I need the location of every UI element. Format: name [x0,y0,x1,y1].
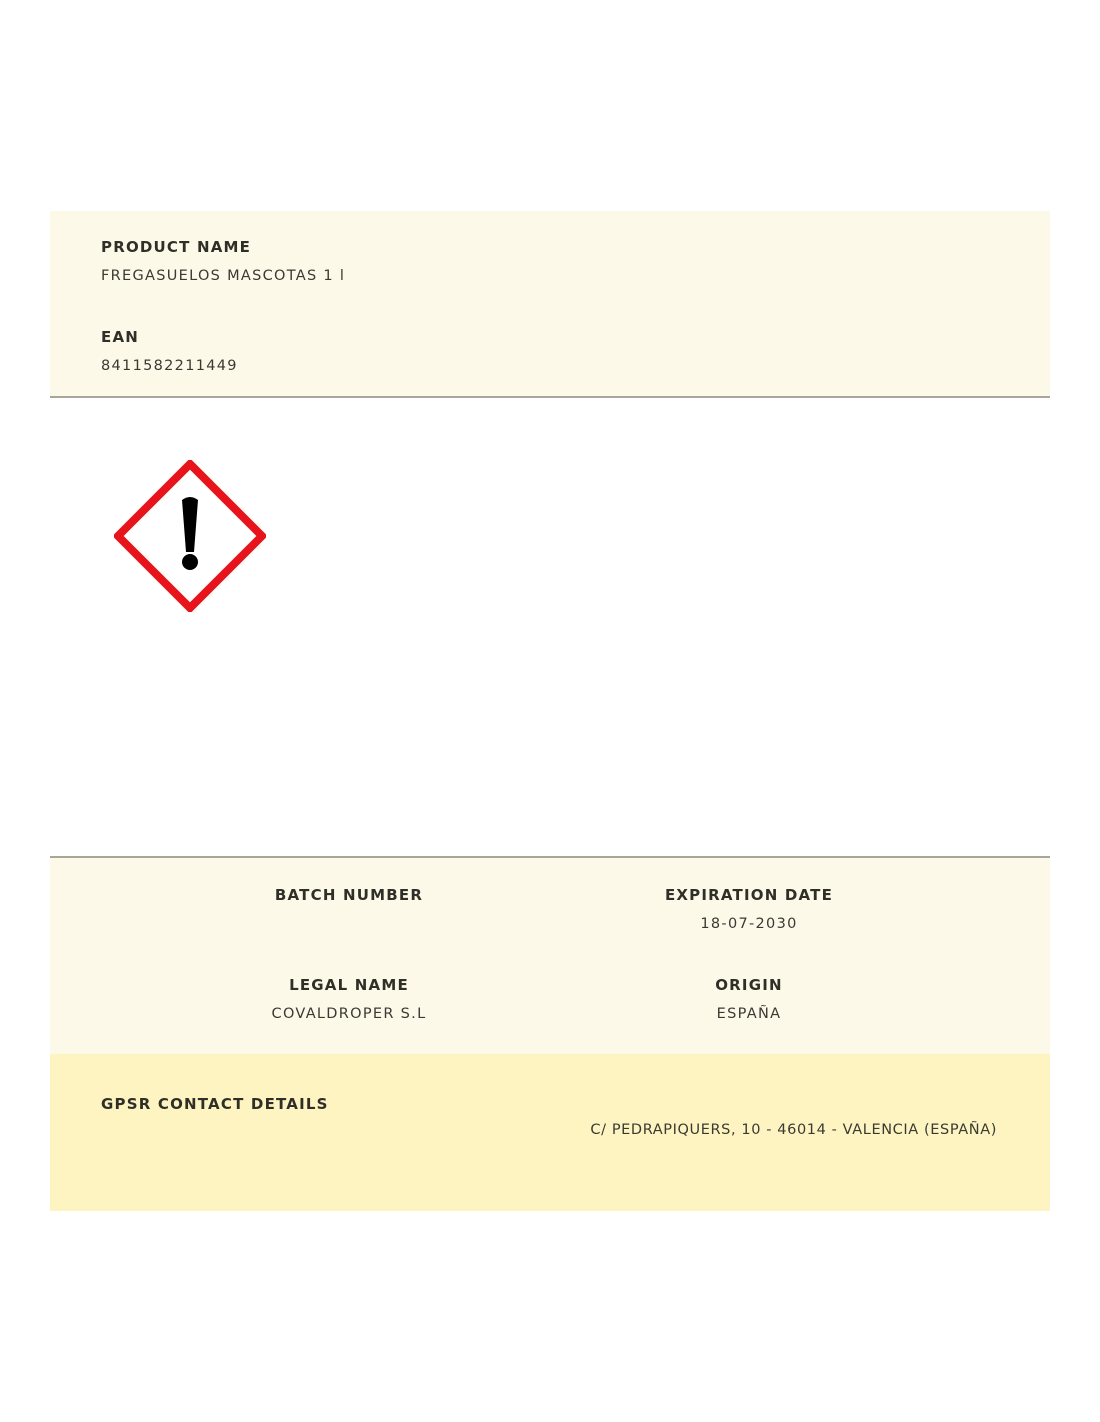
origin-label: ORIGIN [715,976,783,994]
legal-name-label: LEGAL NAME [289,976,409,994]
product-info-panel: PRODUCT NAME FREGASUELOS MASCOTAS 1 l EA… [50,211,1050,398]
legal-name-value: COVALDROPER S.L [272,1006,427,1022]
ean-value: 8411582211449 [101,358,238,374]
expiration-date-label: EXPIRATION DATE [665,886,833,904]
batch-details-panel: BATCH NUMBER EXPIRATION DATE 18-07-2030 … [50,856,1050,1056]
ean-label: EAN [101,328,139,346]
gpsr-contact-address: C/ PEDRAPIQUERS, 10 - 46014 - VALENCIA (… [590,1122,997,1138]
ghs-exclamation-mark-icon [114,460,266,612]
origin-value: ESPAÑA [717,1006,782,1022]
gpsr-contact-label: GPSR CONTACT DETAILS [101,1095,329,1113]
gpsr-contact-panel: GPSR CONTACT DETAILS C/ PEDRAPIQUERS, 10… [50,1054,1050,1211]
product-name-label: PRODUCT NAME [101,238,251,256]
batch-number-label: BATCH NUMBER [275,886,423,904]
expiration-date-value: 18-07-2030 [700,916,797,932]
product-name-value: FREGASUELOS MASCOTAS 1 l [101,268,345,284]
